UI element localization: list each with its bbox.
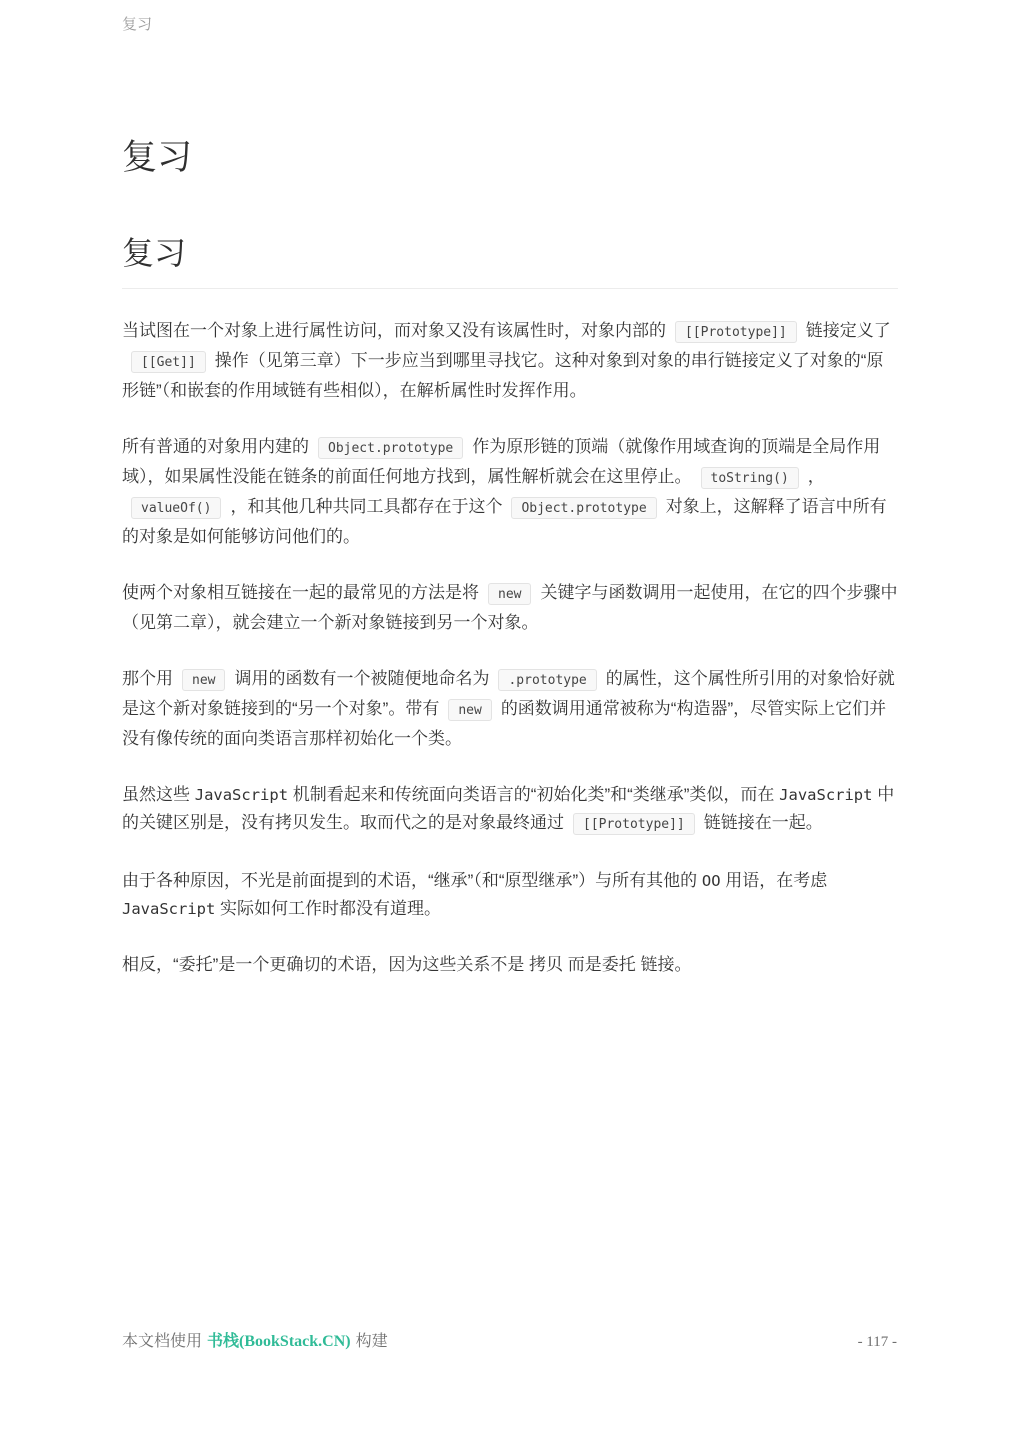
page-number: - 117 - <box>858 1334 897 1351</box>
attribution-prefix: 本文档使用 <box>122 1333 202 1350</box>
paragraph: 所有普通的对象用内建的Object.prototype作为原形链的顶端（就像作用… <box>122 433 898 551</box>
inline-code: new <box>448 699 491 721</box>
article-body: 当试图在一个对象上进行属性访问，而对象又没有该属性时，对象内部的[[Protot… <box>122 317 898 979</box>
page-footer: 本文档使用书栈(BookStack.CN)构建 - 117 - <box>122 1328 897 1351</box>
paragraph: 由于各种原因，不光是前面提到的术语，“继承”（和“原型继承”）与所有其他的 OO… <box>122 867 898 923</box>
mono-text: JavaScript <box>195 786 288 804</box>
inline-code: Object.prototype <box>511 497 656 519</box>
mono-text: JavaScript <box>779 786 872 804</box>
paragraph: 相反，“委托”是一个更确切的术语，因为这些关系不是 拷贝 而是委托 链接。 <box>122 951 898 979</box>
paragraph: 使两个对象相互链接在一起的最常见的方法是将new关键字与函数调用一起使用，在它的… <box>122 579 898 637</box>
inline-code: Object.prototype <box>318 437 463 459</box>
mono-text: OO <box>702 872 721 890</box>
section-title: 复习 <box>122 235 898 289</box>
paragraph: 当试图在一个对象上进行属性访问，而对象又没有该属性时，对象内部的[[Protot… <box>122 317 898 405</box>
inline-code: [[Prototype]] <box>675 321 797 343</box>
article-content: 复习 复习 当试图在一个对象上进行属性访问，而对象又没有该属性时，对象内部的[[… <box>122 0 898 979</box>
attribution-suffix: 构建 <box>356 1333 388 1350</box>
inline-code: [[Prototype]] <box>573 813 695 835</box>
inline-code: new <box>182 669 225 691</box>
inline-code: [[Get]] <box>131 351 206 373</box>
inline-code: new <box>488 583 531 605</box>
page-title: 复习 <box>122 138 898 178</box>
document-page: 复习 复习 复习 当试图在一个对象上进行属性访问，而对象又没有该属性时，对象内部… <box>0 0 1019 1440</box>
paragraph: 那个用new调用的函数有一个被随便地命名为.prototype的属性，这个属性所… <box>122 665 898 753</box>
paragraph: 虽然这些 JavaScript 机制看起来和传统面向类语言的“初始化类”和“类继… <box>122 781 898 839</box>
inline-code: .prototype <box>498 669 596 691</box>
bookstack-link[interactable]: 书栈(BookStack.CN) <box>207 1333 351 1350</box>
inline-code: toString() <box>701 467 799 489</box>
inline-code: valueOf() <box>131 497 221 519</box>
footer-attribution: 本文档使用书栈(BookStack.CN)构建 <box>122 1328 388 1351</box>
mono-text: JavaScript <box>122 900 215 918</box>
